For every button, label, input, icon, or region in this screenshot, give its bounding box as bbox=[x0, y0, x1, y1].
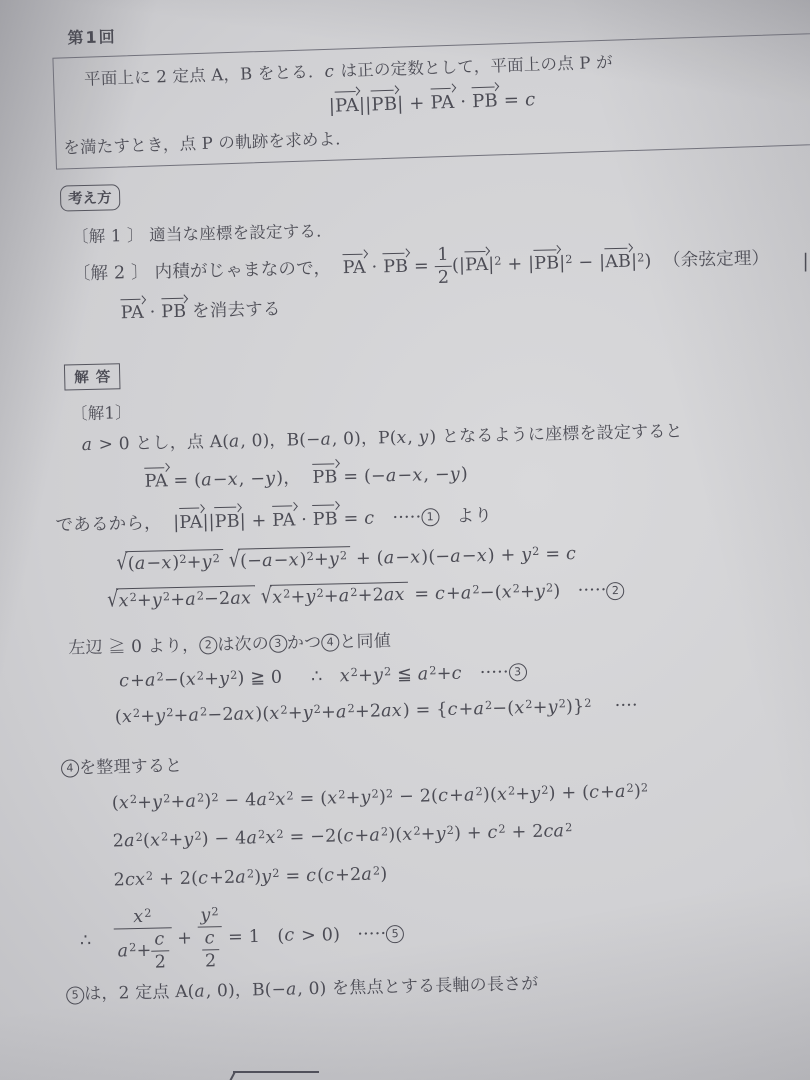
solution-foci-statement: 5は，2 定点 A(a, 0)，B(−a, 0) を焦点とする長軸の長さが bbox=[66, 966, 810, 1006]
solution-equation-3: c+a2−(x2+y2) ≧ 0 ∴ x2+y2 ≦ a2+c ·····3 bbox=[119, 654, 810, 694]
answer-label: 解答 bbox=[64, 363, 121, 390]
cutoff-sqrt-fragment bbox=[233, 1071, 319, 1080]
solution-coordinate-setup: a > 0 とし，点 A(a, 0)，B(−a, 0)，P(x, y) となるよ… bbox=[82, 418, 810, 458]
problem-statement-box: 平面上に 2 定点 A，B をとる．c は正の定数として，平面上の点 P が |… bbox=[52, 32, 810, 169]
solution-expansion-line-1: (x2+y2+a2)2 − 4a2x2 = (x2+y2)2 − 2(c+a2)… bbox=[112, 776, 810, 816]
page-content: 第1回 平面上に 2 定点 A，B をとる．c は正の定数として，平面上の点 P… bbox=[0, 0, 810, 1080]
approach-label: 考え方 bbox=[60, 184, 120, 211]
solution-equation-1: であるから， |PA||PB| + PA · PB = c ·····1 より bbox=[55, 497, 810, 538]
solution-vector-components: PA = (a−x, −y)， PB = (−a−x, −y) bbox=[144, 456, 810, 495]
solution-equation-4: (x2+y2+a2−2ax)(x2+y2+a2+2ax) = {c+a2−(x2… bbox=[115, 691, 810, 731]
solution-expansion-line-2: 2a2(x2+y2) − 4a2x2 = −2(c+a2)(x2+y2) + c… bbox=[113, 815, 810, 855]
solution-arrange-note: 4を整理すると bbox=[61, 740, 810, 780]
solution-expansion-line-3: 2cx2 + 2(c+2a2)y2 = c(c+2a2) bbox=[113, 853, 810, 893]
solution-equivalence-note: 左辺 ≧ 0 より，2は次の3かつ4と同値 bbox=[68, 620, 810, 660]
solution-equation-2: √x2+y2+a2−2ax √x2+y2+a2+2ax = c+a2−(x2+y… bbox=[107, 572, 810, 614]
solution-expanded-radicals: √(a−x)2+y2 √(−a−x)2+y2 + (a−x)(−a−x) + y… bbox=[116, 536, 810, 578]
photographed-textbook-page: 第1回 平面上に 2 定点 A，B をとる．c は正の定数として，平面上の点 P… bbox=[0, 0, 810, 1080]
solution-ellipse-equation-5: ∴ x2a2+c2 + y2c2 = 1 (c > 0) ·····5 bbox=[79, 891, 810, 974]
right-edge-cutoff-mark: | bbox=[802, 249, 809, 275]
